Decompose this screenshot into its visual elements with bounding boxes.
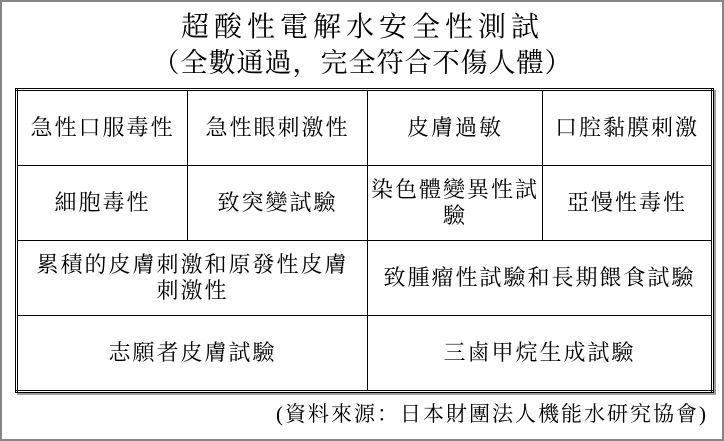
document-page: 超酸性電解水安全性測試 （全數通過，完全符合不傷人體） 急性口服毒性 急性眼刺激… [0,0,724,441]
table-cell: 急性眼刺激性 [188,90,368,166]
table-cell: 志願者皮膚試驗 [17,316,368,392]
table-cell: 累積的皮膚刺激和原發性皮膚 刺激性 [17,241,368,316]
table-row: 細胞毒性 致突變試驗 染色體變異性試 驗 亞慢性毒性 [17,166,713,241]
table-row: 急性口服毒性 急性眼刺激性 皮膚過敏 口腔黏膜刺激 [17,90,713,166]
page-title: 超酸性電解水安全性測試 [15,10,710,46]
table-cell: 亞慢性毒性 [543,166,713,241]
table-cell: 致突變試驗 [188,166,368,241]
table-cell: 急性口服毒性 [17,90,188,166]
table-row: 志願者皮膚試驗 三鹵甲烷生成試驗 [17,316,713,392]
table-cell: 致腫瘤性試驗和長期餵食試驗 [368,241,713,316]
page-subtitle: （全數通過，完全符合不傷人體） [15,46,710,81]
source-note: (資料來源：日本財團法人機能水研究協會) [15,399,710,429]
table-row: 累積的皮膚刺激和原發性皮膚 刺激性 致腫瘤性試驗和長期餵食試驗 [17,241,713,316]
table-cell: 口腔黏膜刺激 [543,90,713,166]
safety-tests-table: 急性口服毒性 急性眼刺激性 皮膚過敏 口腔黏膜刺激 細胞毒性 致突變試驗 染色體… [15,88,714,393]
table-cell: 細胞毒性 [17,166,188,241]
table-cell: 三鹵甲烷生成試驗 [368,316,713,392]
table-cell: 皮膚過敏 [368,90,543,166]
table-cell: 染色體變異性試 驗 [368,166,543,241]
title-block: 超酸性電解水安全性測試 （全數通過，完全符合不傷人體） [15,10,710,81]
